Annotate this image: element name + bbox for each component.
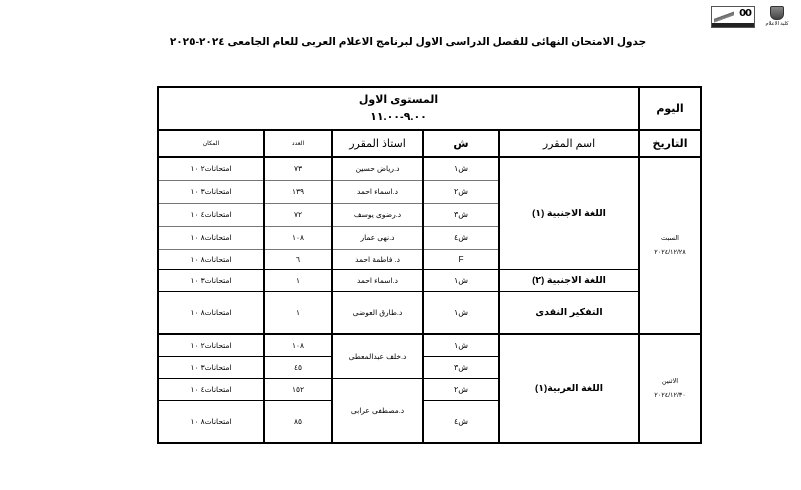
logo-graphic	[714, 11, 734, 23]
instructor-cell: د.اسماء احمد	[332, 269, 423, 291]
place-cell: امتحانات٨ ١٠	[158, 249, 264, 269]
count-cell: ١٣٩	[264, 180, 332, 203]
instructor-cell: د.اسماء احمد	[332, 180, 423, 203]
section-cell: ش١	[423, 291, 499, 334]
place-cell: امتحانات٣ ١٠	[158, 356, 264, 378]
section-cell: ش١	[423, 157, 499, 180]
section-cell: ش٣	[423, 356, 499, 378]
count-cell: ١	[264, 269, 332, 291]
faculty-logo-caption: كلية الاعلام	[766, 21, 789, 27]
section-cell: ش٢	[423, 180, 499, 203]
count-cell: ٨٥	[264, 400, 332, 443]
instructor-cell: د.مصطفى عرابى	[332, 378, 423, 443]
count-cell: ١	[264, 291, 332, 334]
count-cell: ٤٥	[264, 356, 332, 378]
table-row: الاثنين ٢٠٢٤/١٢/٣٠ اللغة العربية(١) ش١ د…	[158, 334, 701, 356]
instructor-cell: د.نهى عمار	[332, 226, 423, 249]
count-cell: ٧٣	[264, 157, 332, 180]
count-cell: ١٥٢	[264, 378, 332, 400]
section-cell: F	[423, 249, 499, 269]
day-cell: الاثنين ٢٠٢٤/١٢/٣٠	[639, 334, 701, 443]
table-row: السبت ٢٠٢٤/١٢/٢٨ اللغة الاجنبية (١) ش١ د…	[158, 157, 701, 180]
course-name: التفكير النقدى	[499, 291, 639, 334]
section-cell: ش٤	[423, 226, 499, 249]
date-header: التاريخ	[639, 130, 701, 157]
instructor-cell: د.خلف عبدالمعطى	[332, 334, 423, 378]
logo-strip	[712, 23, 754, 27]
exam-schedule-table: اليوم المستوى الاول ٩.٠٠-١١.٠٠ التاريخ ا…	[157, 86, 702, 444]
section-cell: ش٢	[423, 378, 499, 400]
instructor-cell: د. فاطمة احمد	[332, 249, 423, 269]
place-header: المكان	[158, 130, 264, 157]
table-row: التفكير النقدى ش١ د.طارق العوضى ١ امتحان…	[158, 291, 701, 334]
place-cell: امتحانات٢ ١٠	[158, 334, 264, 356]
course-name: اللغة الاجنبية (١)	[499, 157, 639, 269]
place-cell: امتحانات٨ ١٠	[158, 226, 264, 249]
section-cell: ش١	[423, 334, 499, 356]
instructor-cell: د.طارق العوضى	[332, 291, 423, 334]
place-cell: امتحانات٤ ١٠	[158, 203, 264, 226]
place-cell: امتحانات٢ ١٠	[158, 157, 264, 180]
place-cell: امتحانات٨ ١٠	[158, 400, 264, 443]
place-cell: امتحانات٤ ١٠	[158, 378, 264, 400]
table-row: اللغة الاجنبية (٢) ش١ د.اسماء احمد ١ امت…	[158, 269, 701, 291]
instructor-header: استاذ المقرر	[332, 130, 423, 157]
course-name: اللغة الاجنبية (٢)	[499, 269, 639, 291]
media-program-logo: 00	[711, 6, 755, 28]
day-date: ٢٠٢٤/١٢/٣٠	[640, 389, 700, 403]
page-title: جدول الامتحان النهائى للفصل الدراسى الاو…	[0, 36, 801, 48]
section-cell: ش١	[423, 269, 499, 291]
day-cell: السبت ٢٠٢٤/١٢/٢٨	[639, 157, 701, 334]
section-header: ش	[423, 130, 499, 157]
count-cell: ٦	[264, 249, 332, 269]
header-logos: 00 كلية الاعلام	[711, 6, 789, 30]
place-cell: امتحانات٣ ١٠	[158, 180, 264, 203]
level-title: المستوى الاول	[159, 92, 638, 109]
section-cell: ش٤	[423, 400, 499, 443]
count-header: العدد	[264, 130, 332, 157]
instructor-cell: د.رياض حسين	[332, 157, 423, 180]
course-name: اللغة العربية(١)	[499, 334, 639, 443]
faculty-logo: كلية الاعلام	[765, 6, 789, 27]
day-date: ٢٠٢٤/١٢/٢٨	[640, 246, 700, 260]
place-cell: امتحانات٨ ١٠	[158, 291, 264, 334]
section-cell: ش٣	[423, 203, 499, 226]
logo-number: 00	[739, 8, 751, 19]
instructor-cell: د.رضوى يوسف	[332, 203, 423, 226]
course-name-header: اسم المقرر	[499, 130, 639, 157]
level-time: ٩.٠٠-١١.٠٠	[159, 109, 638, 126]
count-cell: ١٠٨	[264, 226, 332, 249]
count-cell: ٧٢	[264, 203, 332, 226]
day-name: الاثنين	[640, 375, 700, 389]
place-cell: امتحانات٣ ١٠	[158, 269, 264, 291]
day-name: السبت	[640, 232, 700, 246]
level-header: المستوى الاول ٩.٠٠-١١.٠٠	[158, 87, 639, 130]
count-cell: ١٠٨	[264, 334, 332, 356]
day-header: اليوم	[639, 87, 701, 130]
shield-icon	[770, 6, 784, 20]
